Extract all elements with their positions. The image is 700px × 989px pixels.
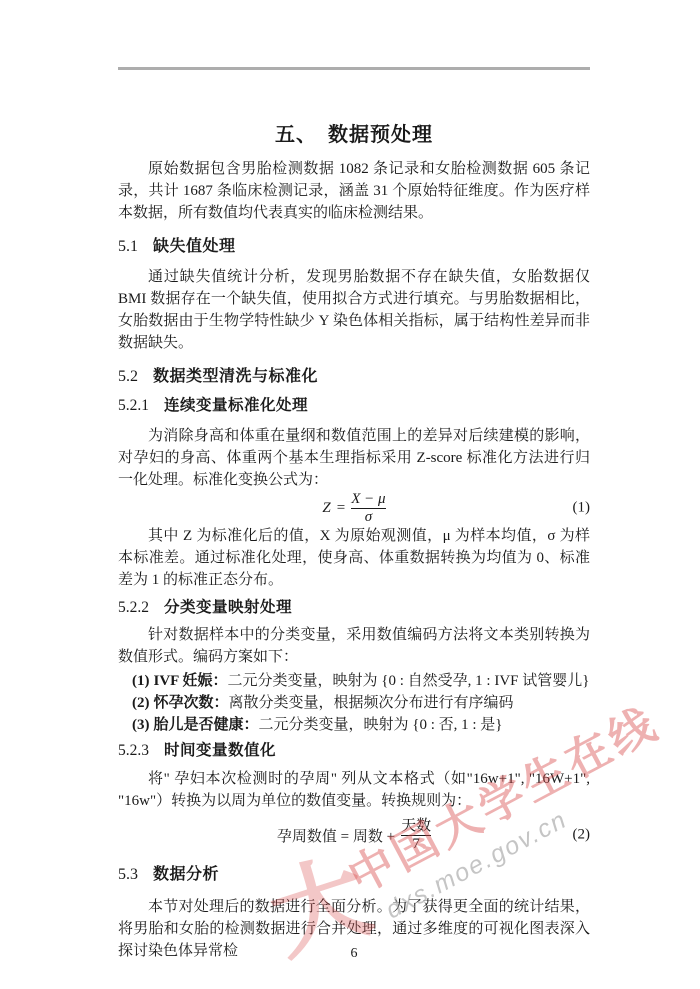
section-heading-5-3: 5.3 数据分析 bbox=[118, 864, 590, 886]
section-number: 5.2.2 bbox=[118, 597, 149, 619]
fraction: 天数 7 bbox=[401, 818, 431, 853]
fraction-numerator: X − μ bbox=[351, 491, 385, 508]
equation-1: Z = X − μ σ (1) bbox=[118, 491, 590, 525]
fraction-numerator: 天数 bbox=[401, 818, 431, 835]
section-number: 5.2 bbox=[118, 366, 138, 388]
page-number: 6 bbox=[118, 946, 590, 962]
section-heading-5-2-2: 5.2.2 分类变量映射处理 bbox=[118, 597, 590, 619]
section-5-1-paragraph: 通过缺失值统计分析，发现男胎数据不存在缺失值，女胎数据仅 BMI 数据存在一个缺… bbox=[118, 266, 590, 354]
section-5-2-2-paragraph: 针对数据样本中的分类变量，采用数值编码方法将文本类别转换为数值形式。编码方案如下… bbox=[118, 624, 590, 668]
section-label: 时间变量数值化 bbox=[164, 740, 276, 762]
section-5-2-3-paragraph: 将" 孕妇本次检测时的孕周" 列从文本格式（如"16w+1", "16W+1",… bbox=[118, 768, 590, 812]
page-title: 五、 数据预处理 bbox=[118, 122, 590, 148]
section-heading-5-2-1: 5.2.1 连续变量标准化处理 bbox=[118, 395, 590, 417]
section-number: 5.3 bbox=[118, 864, 138, 886]
list-item-label: IVF 妊娠： bbox=[154, 673, 228, 689]
section-number: 5.1 bbox=[118, 236, 138, 258]
section-label: 数据类型清洗与标准化 bbox=[153, 366, 318, 388]
section-label: 分类变量映射处理 bbox=[164, 597, 292, 619]
list-item-marker: (2) bbox=[132, 695, 150, 711]
fraction-denominator: 7 bbox=[401, 835, 431, 853]
section-5-2-1-explanation: 其中 Z 为标准化后的值，X 为原始观测值，μ 为样本均值，σ 为样本标准差。通… bbox=[118, 525, 590, 591]
equation-lhs: 孕周数值 = 周数 + bbox=[277, 825, 395, 846]
list-item: (3)胎儿是否健康：二元分类变量，映射为 {0 : 否, 1 : 是} bbox=[132, 714, 590, 736]
intro-paragraph: 原始数据包含男胎检测数据 1082 条记录和女胎检测数据 605 条记录，共计 … bbox=[118, 158, 590, 224]
list-item-text: 二元分类变量，映射为 {0 : 否, 1 : 是} bbox=[259, 717, 503, 733]
equation-number: (1) bbox=[573, 500, 591, 517]
list-item: (2)怀孕次数：离散分类变量，根据频次分布进行有序编码 bbox=[132, 692, 590, 714]
document-page: 五、 数据预处理 原始数据包含男胎检测数据 1082 条记录和女胎检测数据 60… bbox=[0, 0, 700, 989]
list-item: (1)IVF 妊娠：二元分类变量，映射为 {0 : 自然受孕, 1 : IVF … bbox=[132, 670, 590, 692]
section-5-2-1-paragraph: 为消除身高和体重在量纲和数值范围上的差异对后续建模的影响，对孕妇的身高、体重两个… bbox=[118, 425, 590, 491]
page-content: 五、 数据预处理 原始数据包含男胎检测数据 1082 条记录和女胎检测数据 60… bbox=[118, 70, 590, 962]
list-item-marker: (1) bbox=[132, 673, 150, 689]
fraction-denominator: σ bbox=[351, 508, 385, 526]
section-label: 连续变量标准化处理 bbox=[164, 395, 308, 417]
section-label: 数据分析 bbox=[153, 864, 219, 886]
section-number: 5.2.1 bbox=[118, 395, 149, 417]
section-heading-5-1: 5.1 缺失值处理 bbox=[118, 236, 590, 258]
equation-2: 孕周数值 = 周数 + 天数 7 (2) bbox=[118, 817, 590, 853]
list-item-text: 离散分类变量，根据频次分布进行有序编码 bbox=[229, 695, 514, 711]
list-item-text: 二元分类变量，映射为 {0 : 自然受孕, 1 : IVF 试管婴儿} bbox=[228, 673, 590, 689]
list-item-label: 胎儿是否健康： bbox=[154, 717, 259, 733]
section-number: 5.2.3 bbox=[118, 740, 149, 762]
section-label: 缺失值处理 bbox=[153, 236, 236, 258]
equals-sign: = bbox=[337, 500, 345, 517]
equation-number: (2) bbox=[573, 827, 591, 844]
equation-lhs: Z bbox=[322, 500, 330, 517]
list-item-marker: (3) bbox=[132, 717, 150, 733]
list-item-label: 怀孕次数： bbox=[154, 695, 229, 711]
encoding-scheme-list: (1)IVF 妊娠：二元分类变量，映射为 {0 : 自然受孕, 1 : IVF … bbox=[118, 670, 590, 736]
section-heading-5-2-3: 5.2.3 时间变量数值化 bbox=[118, 740, 590, 762]
fraction: X − μ σ bbox=[351, 491, 385, 526]
section-heading-5-2: 5.2 数据类型清洗与标准化 bbox=[118, 366, 590, 388]
